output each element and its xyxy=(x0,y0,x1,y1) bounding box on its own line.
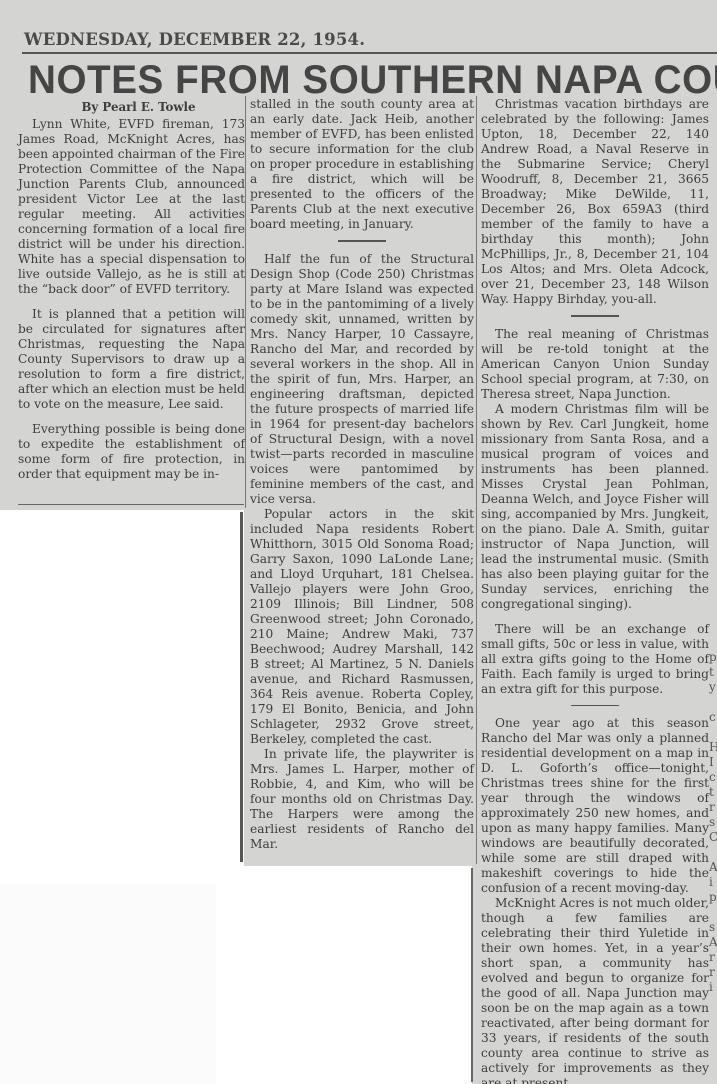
article-column-1: By Pearl E. Towle Lynn White, EVFD firem… xyxy=(18,100,245,482)
section-separator xyxy=(338,240,386,242)
paragraph: There will be an exchange of small gifts… xyxy=(481,622,709,697)
paragraph: stalled in the south county area at an e… xyxy=(250,97,474,232)
article-column-2: stalled in the south county area at an e… xyxy=(250,97,474,852)
article-column-3: Christmas vacation birthdays are celebra… xyxy=(481,97,709,1084)
byline: By Pearl E. Towle xyxy=(18,100,245,115)
paragraph: A modern Christmas film will be shown by… xyxy=(481,402,709,612)
section-separator xyxy=(571,705,619,707)
adjacent-article-fragment: pty c HIctrsC Aip sArri xyxy=(709,60,717,1084)
paragraph: One year ago at this season Rancho del M… xyxy=(481,716,709,896)
dateline: WEDNESDAY, DECEMBER 22, 1954. xyxy=(24,30,365,49)
paragraph: Half the fun of the Structural Design Sh… xyxy=(250,252,474,507)
header-rule xyxy=(22,52,717,54)
paragraph: McKnight Acres is not much older, though… xyxy=(481,896,709,1084)
blank-area xyxy=(0,884,216,1084)
paragraph: Popular actors in the skit included Napa… xyxy=(250,507,474,747)
paragraph: Lynn White, EVFD fireman, 173 James Road… xyxy=(18,117,245,297)
column-rule-2 xyxy=(476,96,477,864)
cut-edge-bottom xyxy=(471,868,473,1082)
section-separator xyxy=(571,315,619,317)
paragraph: In private life, the playwriter is Mrs. … xyxy=(250,747,474,852)
column-rule-1 xyxy=(245,96,246,508)
paragraph: It is planned that a petition will be ci… xyxy=(18,307,245,412)
paragraph: Christmas vacation birthdays are celebra… xyxy=(481,97,709,307)
column1-bottom-rule xyxy=(18,504,244,505)
paragraph: The real meaning of Christmas will be re… xyxy=(481,327,709,402)
cut-edge-middle xyxy=(240,512,243,862)
paragraph: Everything possible is being done to exp… xyxy=(18,422,245,482)
